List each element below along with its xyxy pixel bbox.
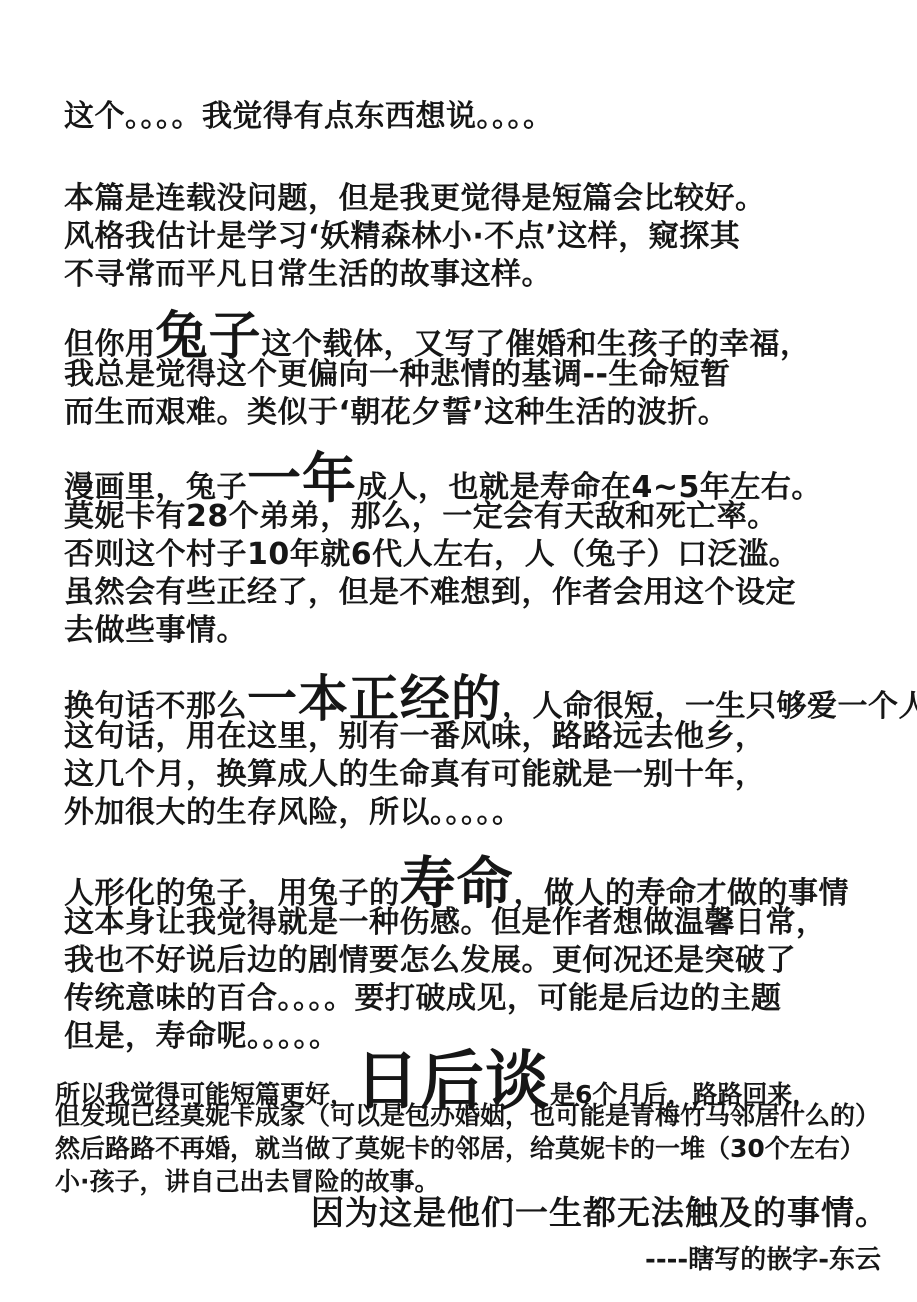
translator-note-page: 这个。。。。我觉得有点东西想说。。。。 本篇是连载没问题，但是我更觉得是短篇会比… <box>0 0 917 1302</box>
paragraph-epilogue-idea: 所以我觉得可能短篇更好，日后谈是6个月后，路路回来， 但发现已经莫妮卡成家（可以… <box>55 1066 880 1198</box>
paragraph-sentiment: 人形化的兔子，用兔子的寿命，做人的寿命才做的事情 这本身让我觉得就是一种伤感。但… <box>64 866 849 1056</box>
text-line: 但发现已经莫妮卡成家（可以是包办婚姻，也可能是青梅竹马邻居什么的） <box>55 1099 880 1132</box>
text-line: 传统意味的百合。。。。要打破成见，可能是后边的主题 <box>64 980 849 1018</box>
text-line: 人形化的兔子，用兔子的寿命，做人的寿命才做的事情 <box>64 866 849 904</box>
paragraph-rabbit-theme: 但你用兔子这个载体，又写了催婚和生孩子的幸福， 我总是觉得这个更偏向一种悲情的基… <box>64 318 811 432</box>
paragraph-short-life: 换句话不那么一本正经的，人命很短，一生只够爱一个人 这句话，用在这里，别有一番风… <box>64 680 917 832</box>
text-line: 风格我估计是学习‘妖精森林小·不点’这样，窥探其 <box>64 218 766 256</box>
text-line: 这几个月，换算成人的生命真有可能就是一别十年， <box>64 756 917 794</box>
closing-statement: 因为这是他们一生都无法触及的事情。 <box>311 1192 889 1234</box>
text-line: 本篇是连载没问题，但是我更觉得是短篇会比较好。 <box>64 180 766 218</box>
text-line: 外加很大的生存风险，所以。。。。。 <box>64 794 917 832</box>
text-line: 虽然会有些正经了，但是不难想到，作者会用这个设定 <box>64 574 822 612</box>
text-line: 我也不好说后边的剧情要怎么发展。更何况还是突破了 <box>64 942 849 980</box>
text-line: 但你用兔子这个载体，又写了催婚和生孩子的幸福， <box>64 318 811 356</box>
text-line: 否则这个村子10年就6代人左右，人（兔子）口泛滥。 <box>64 536 822 574</box>
text-line: 这本身让我觉得就是一种伤感。但是作者想做温馨日常， <box>64 904 849 942</box>
text-line: 然后路路不再婚，就当做了莫妮卡的邻居，给莫妮卡的一堆（30个左右） <box>55 1132 880 1165</box>
text-line: 莫妮卡有28个弟弟，那么，一定会有天敌和死亡率。 <box>64 498 822 536</box>
text-line: 不寻常而平凡日常生活的故事这样。 <box>64 256 766 294</box>
text-line: 换句话不那么一本正经的，人命很短，一生只够爱一个人 <box>64 680 917 718</box>
paragraph-intro: 这个。。。。我觉得有点东西想说。。。。 <box>64 98 554 136</box>
text-line: 漫画里，兔子一年成人，也就是寿命在4~5年左右。 <box>64 460 822 498</box>
text-line: 而生而艰难。类似于‘朝花夕誓’这种生活的波折。 <box>64 394 811 432</box>
text-line: 所以我觉得可能短篇更好，日后谈是6个月后，路路回来， <box>55 1066 880 1099</box>
typesetter-credit: ----瞎写的嵌字-东云 <box>645 1244 881 1276</box>
paragraph-lifespan-setting: 漫画里，兔子一年成人，也就是寿命在4~5年左右。 莫妮卡有28个弟弟，那么，一定… <box>64 460 822 650</box>
text-line: 我总是觉得这个更偏向一种悲情的基调--生命短暂 <box>64 356 811 394</box>
text-line: 去做些事情。 <box>64 612 822 650</box>
paragraph-format-opinion: 本篇是连载没问题，但是我更觉得是短篇会比较好。 风格我估计是学习‘妖精森林小·不… <box>64 180 766 294</box>
text-line: 这个。。。。我觉得有点东西想说。。。。 <box>64 98 554 136</box>
